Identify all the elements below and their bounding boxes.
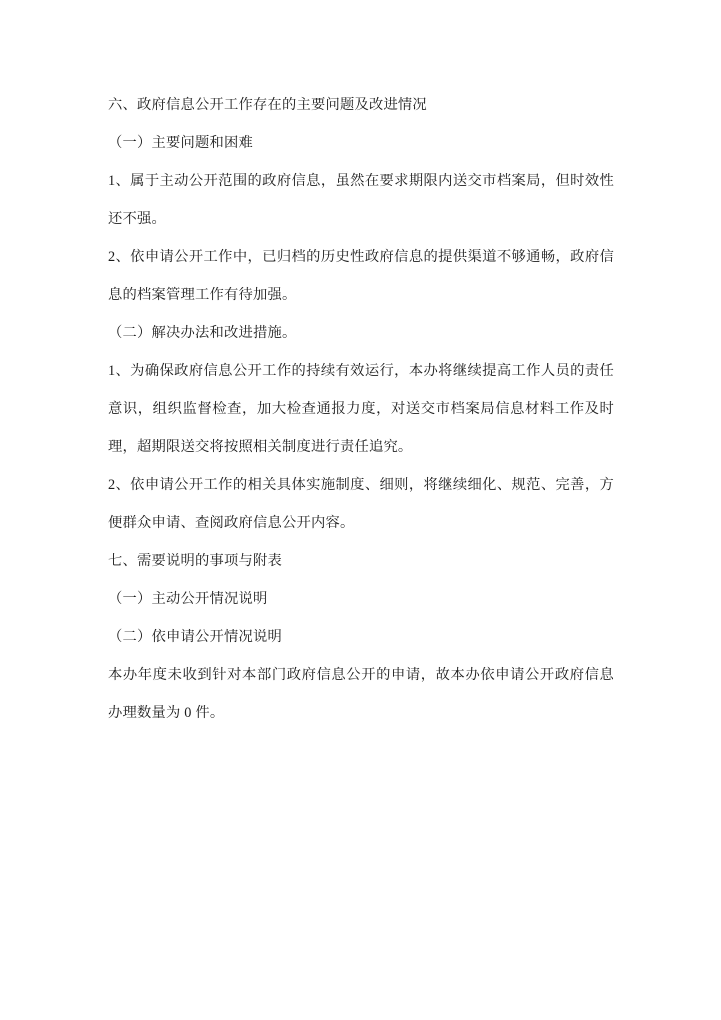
document-line-body: 2、依申请公开工作的相关具体实施制度、细则，将继续细化、规范、完善，方 <box>108 466 614 504</box>
document-body: 六、政府信息公开工作存在的主要问题及改进情况（一）主要问题和困难1、属于主动公开… <box>108 86 614 732</box>
document-line-body: 办理数量为 0 件。 <box>108 694 614 732</box>
document-line-subheading: （一）主要问题和困难 <box>108 124 614 162</box>
document-line-body: 便群众申请、查阅政府信息公开内容。 <box>108 504 614 542</box>
document-line-subheading: （二）解决办法和改进措施。 <box>108 314 614 352</box>
document-line-body: 理，超期限送交将按照相关制度进行责任追究。 <box>108 428 614 466</box>
document-line-heading: 六、政府信息公开工作存在的主要问题及改进情况 <box>108 86 614 124</box>
document-line-body: 本办年度未收到针对本部门政府信息公开的申请，故本办依申请公开政府信息的 <box>108 656 614 694</box>
document-line-heading: 七、需要说明的事项与附表 <box>108 542 614 580</box>
document-line-body: 意识，组织监督检查，加大检查通报力度，对送交市档案局信息材料工作及时办 <box>108 390 614 428</box>
document-line-body: 2、依申请公开工作中，已归档的历史性政府信息的提供渠道不够通畅，政府信 <box>108 238 614 276</box>
document-line-subheading: （二）依申请公开情况说明 <box>108 618 614 656</box>
document-line-body: 1、属于主动公开范围的政府信息，虽然在要求期限内送交市档案局，但时效性 <box>108 162 614 200</box>
document-page: 六、政府信息公开工作存在的主要问题及改进情况（一）主要问题和困难1、属于主动公开… <box>0 0 721 1020</box>
document-line-body: 还不强。 <box>108 200 614 238</box>
document-line-body: 1、为确保政府信息公开工作的持续有效运行，本办将继续提高工作人员的责任 <box>108 352 614 390</box>
document-line-body: 息的档案管理工作有待加强。 <box>108 276 614 314</box>
document-line-subheading: （一）主动公开情况说明 <box>108 580 614 618</box>
